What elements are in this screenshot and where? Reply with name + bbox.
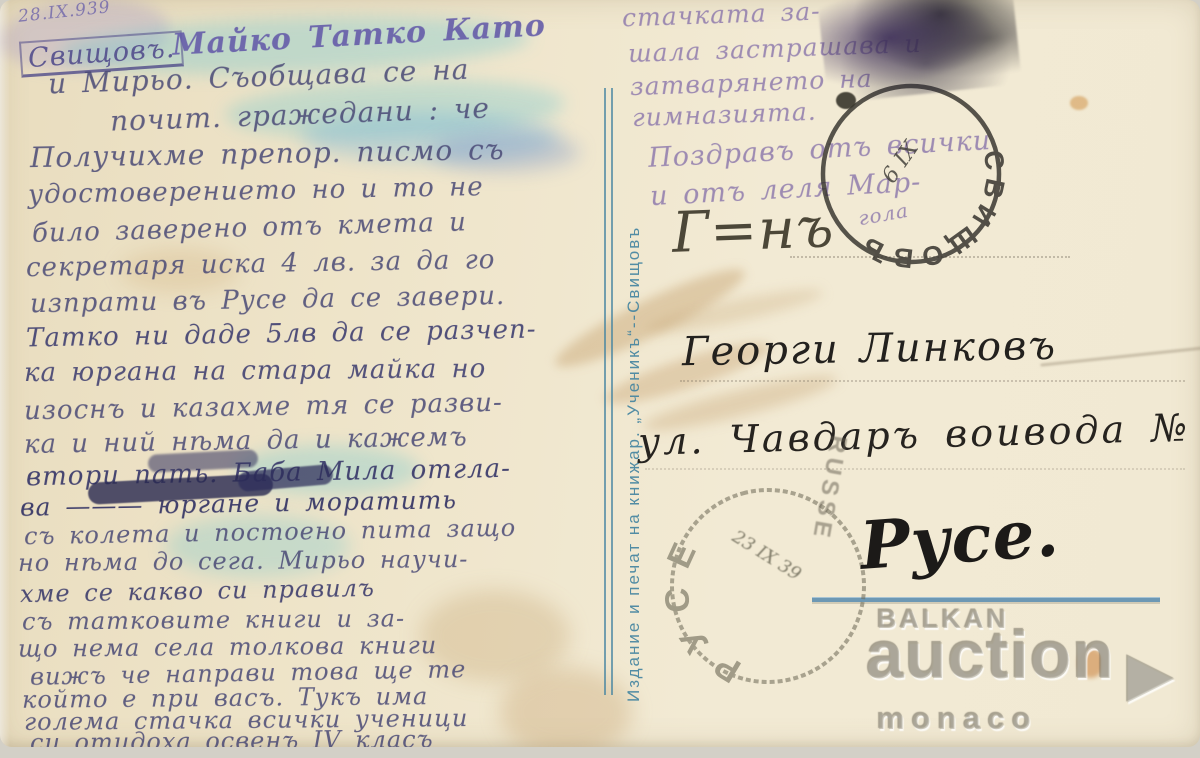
handwritten-line: шала застрашава и [628, 29, 922, 68]
publisher-imprint: Издание и печат на книжар. „Ученикъ“--Св… [624, 90, 644, 702]
address-dotted-line [680, 380, 1185, 382]
postmark-ruse: РУСЕ [638, 456, 898, 716]
handwritten-line: ка и ний нѣма да и кажемъ [24, 422, 468, 460]
handwritten-line: изоснъ и казахме тя се разви- [24, 388, 503, 426]
handwritten-line: Татко ни даде 5лв да се разчеп- [26, 315, 537, 354]
postmark-ruse-ring: РУСЕ [638, 456, 898, 716]
city-name: Русе. [858, 493, 1062, 585]
watermark-auction: auction [866, 616, 1115, 694]
handwritten-line: хме се какво си правилъ [20, 574, 375, 608]
date-note: 28.IX.939 [17, 0, 111, 27]
divider-line [604, 88, 606, 695]
handwritten-line: почит. гражедани : че [110, 91, 491, 137]
handwritten-line: ка юргана на стара майка но [24, 354, 486, 388]
svg-text:СВИЩОВЪ: СВИЩОВЪ [837, 139, 1043, 305]
handwritten-line: било заверено отъ кмета и [32, 207, 468, 248]
watermark-monaco: monaco [877, 701, 1038, 737]
handwritten-line: стачката за- [622, 0, 821, 32]
handwritten-line: Получихме препор. писмо съ [30, 133, 505, 174]
recipient-name: Георги Линковъ [682, 323, 1058, 376]
orange-spot [1070, 96, 1088, 110]
handwritten-line: изпрати въ Русе да се завери. [30, 281, 506, 319]
arrow-right-icon: ▶ [1128, 640, 1173, 708]
street-address: ул. Чавдаръ воивода № 3 [638, 404, 1200, 464]
handwritten-line: удостоверението но и то не [28, 172, 484, 210]
handwritten-line: но нѣма до сега. Мирьо научи- [18, 545, 469, 577]
handwritten-line: си отидоха освенъ IV класъ [30, 725, 434, 747]
divider-line [611, 88, 613, 695]
crease-line [1040, 346, 1200, 366]
scan-background: Издание и печат на книжар. „Ученикъ“--Св… [0, 0, 1200, 758]
handwritten-line: затварянето на [630, 64, 873, 101]
address-dotted-line [645, 468, 1185, 470]
handwritten-line: Майко Татко Като [171, 8, 546, 63]
handwritten-line: секретаря иска 4 лв. за да го [26, 245, 496, 283]
postcard: Издание и печат на книжар. „Ученикъ“--Св… [0, 0, 1200, 747]
